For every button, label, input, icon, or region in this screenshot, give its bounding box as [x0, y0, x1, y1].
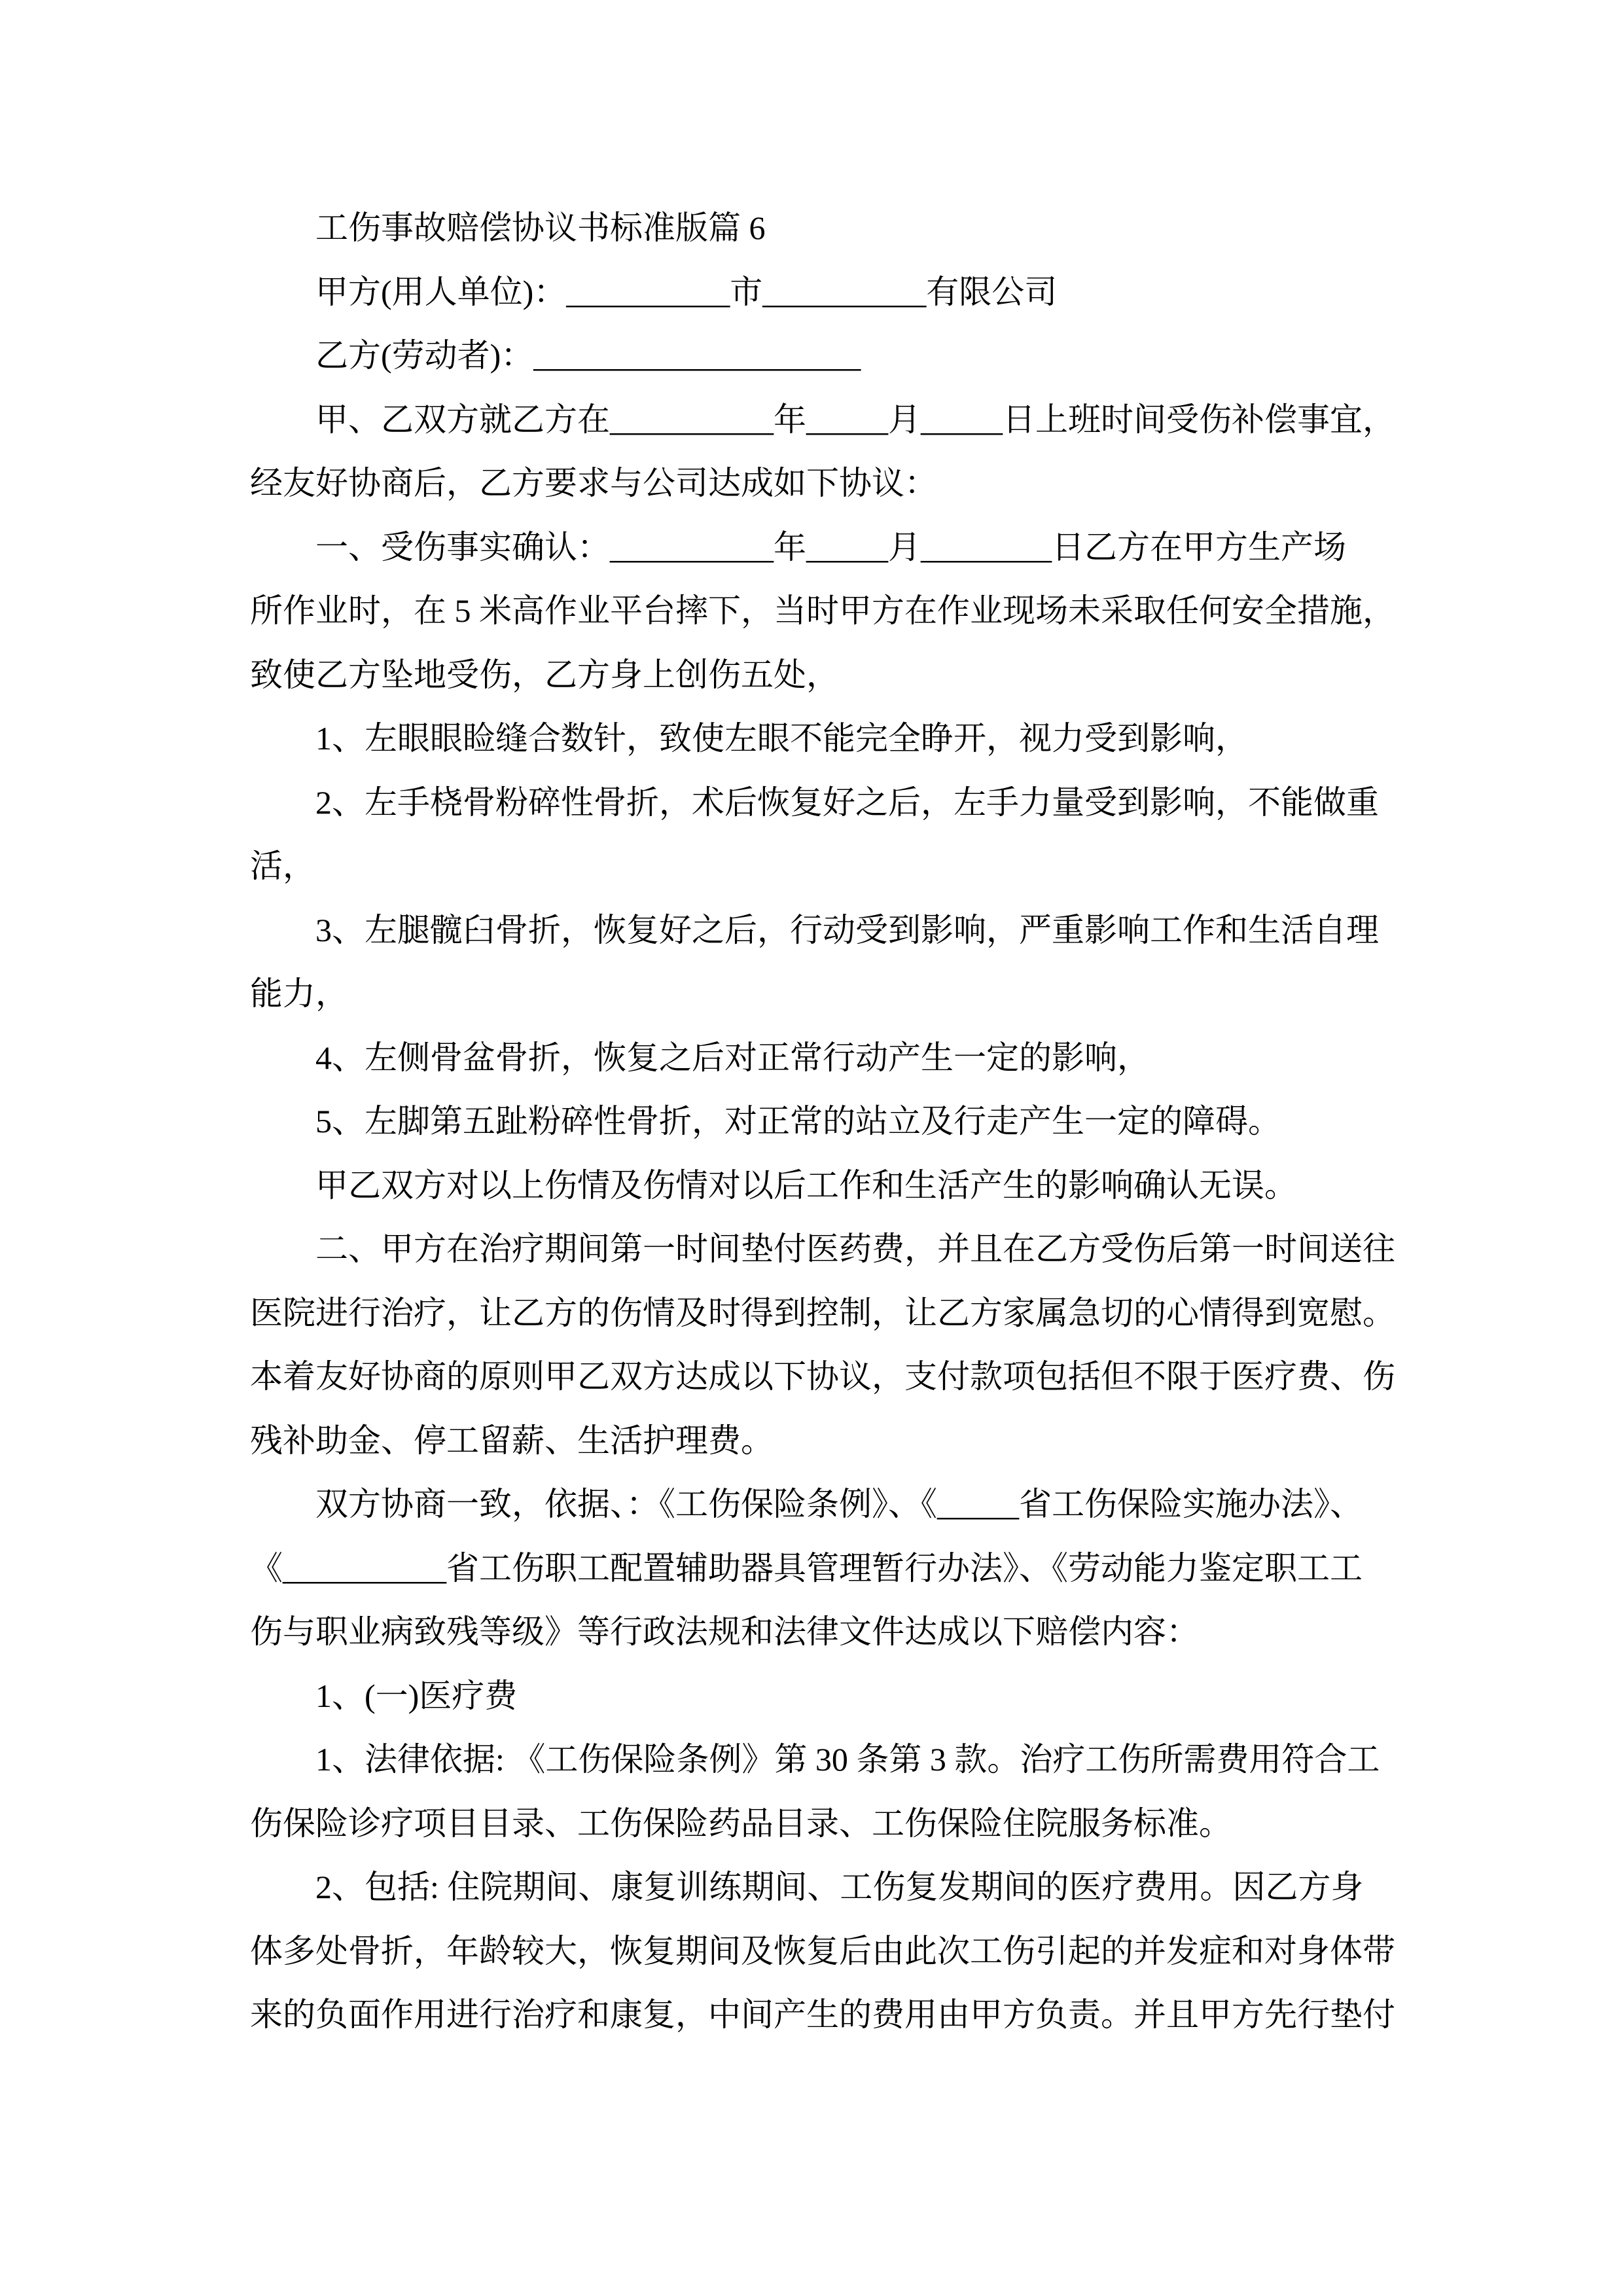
- text-line: 5、左脚第五趾粉碎性骨折，对正常的站立及行走产生一定的障碍。: [250, 1090, 1403, 1154]
- text-line: 2、左手桡骨粉碎性骨折，术后恢复好之后，左手力量受到影响，不能做重: [250, 771, 1403, 835]
- text-line: 经友好协商后，乙方要求与公司达成如下协议：: [250, 452, 1403, 516]
- text-line: 双方协商一致，依据、：《工伤保险条例》、《_____省工伤保险实施办法》、: [250, 1473, 1403, 1537]
- text-line: 本着友好协商的原则甲乙双方达成以下协议，支付款项包括但不限于医疗费、伤: [250, 1345, 1403, 1409]
- text-line: 二、甲方在治疗期间第一时间垫付医药费，并且在乙方受伤后第一时间送往: [250, 1217, 1403, 1282]
- text-line: 伤与职业病致残等级》等行政法规和法律文件达成以下赔偿内容：: [250, 1600, 1403, 1664]
- document-page: 工伤事故赔偿协议书标准版篇 6甲方(用人单位)：__________市_____…: [0, 0, 1623, 2296]
- text-line: 残补助金、停工留薪、生活护理费。: [250, 1409, 1403, 1473]
- text-line: 活，: [250, 834, 1403, 899]
- document-body: 工伤事故赔偿协议书标准版篇 6甲方(用人单位)：__________市_____…: [250, 196, 1403, 2047]
- text-line: 伤保险诊疗项目目录、工伤保险药品目录、工伤保险住院服务标准。: [250, 1792, 1403, 1856]
- text-line: 甲乙双方对以上伤情及伤情对以后工作和生活产生的影响确认无误。: [250, 1154, 1403, 1218]
- text-line: 1、法律依据: 《工伤保险条例》第 30 条第 3 款。治疗工伤所需费用符合工: [250, 1728, 1403, 1792]
- text-line: 能力，: [250, 962, 1403, 1026]
- text-line: 体多处骨折，年龄较大，恢复期间及恢复后由此次工伤引起的并发症和对身体带: [250, 1920, 1403, 1984]
- text-line: 一、受伤事实确认：__________年_____月________日乙方在甲方…: [250, 516, 1403, 580]
- text-line: 乙方(劳动者)：____________________: [250, 324, 1403, 388]
- text-line: 甲方(用人单位)：__________市__________有限公司: [250, 260, 1403, 325]
- text-line: 医院进行治疗，让乙方的伤情及时得到控制，让乙方家属急切的心情得到宽慰。: [250, 1282, 1403, 1346]
- document-title: 工伤事故赔偿协议书标准版篇 6: [250, 196, 1403, 260]
- text-line: 4、左侧骨盆骨折，恢复之后对正常行动产生一定的影响，: [250, 1026, 1403, 1090]
- text-line: 甲、乙双方就乙方在__________年_____月_____日上班时间受伤补偿…: [250, 388, 1403, 452]
- text-line: 1、(一)医疗费: [250, 1664, 1403, 1729]
- text-line: 《__________省工伤职工配置辅助器具管理暂行办法》、《劳动能力鉴定职工工: [250, 1537, 1403, 1601]
- text-line: 3、左腿髋臼骨折，恢复好之后，行动受到影响，严重影响工作和生活自理: [250, 899, 1403, 963]
- text-line: 所作业时，在 5 米高作业平台摔下，当时甲方在作业现场未采取任何安全措施，: [250, 579, 1403, 643]
- text-line: 1、左眼眼睑缝合数针，致使左眼不能完全睁开，视力受到影响，: [250, 707, 1403, 771]
- text-line: 致使乙方坠地受伤，乙方身上创伤五处，: [250, 643, 1403, 708]
- text-line: 2、包括: 住院期间、康复训练期间、工伤复发期间的医疗费用。因乙方身: [250, 1856, 1403, 1920]
- text-line: 来的负面作用进行治疗和康复，中间产生的费用由甲方负责。并且甲方先行垫付: [250, 1983, 1403, 2047]
